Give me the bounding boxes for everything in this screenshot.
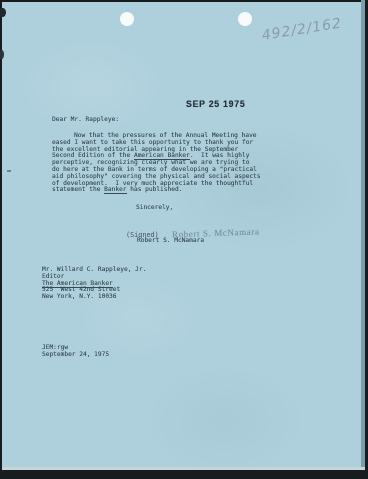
closing: Sincerely,: [136, 205, 173, 212]
recipient-address-block: Mr. Willard C. Rappleye, Jr.EditorThe Am…: [42, 267, 146, 301]
scanned-letter-page: { "document": { "archive_annotation": "4…: [0, 0, 368, 479]
salutation: Dear Mr. Rappleye:: [52, 117, 119, 124]
letter-body: Now that the pressures of the Annual Mee…: [52, 133, 267, 194]
punch-hole-left: [120, 12, 134, 26]
scan-artifact: [7, 170, 11, 172]
typed-signature-name: Robert S. McNamara: [137, 238, 204, 245]
body-line: statement the Banker has published.: [52, 187, 267, 194]
paper-right-edge-shadow: [361, 0, 365, 469]
typed-date: September 24, 1975: [42, 352, 109, 359]
received-date-stamp: SEP 25 1975: [186, 99, 245, 110]
punch-hole-right: [238, 12, 252, 26]
scan-artifact: [0, 8, 6, 17]
scan-artifact: [0, 50, 4, 59]
recipient-line: New York, N.Y. 10036: [42, 294, 146, 301]
paper-bottom-edge: [2, 467, 365, 470]
